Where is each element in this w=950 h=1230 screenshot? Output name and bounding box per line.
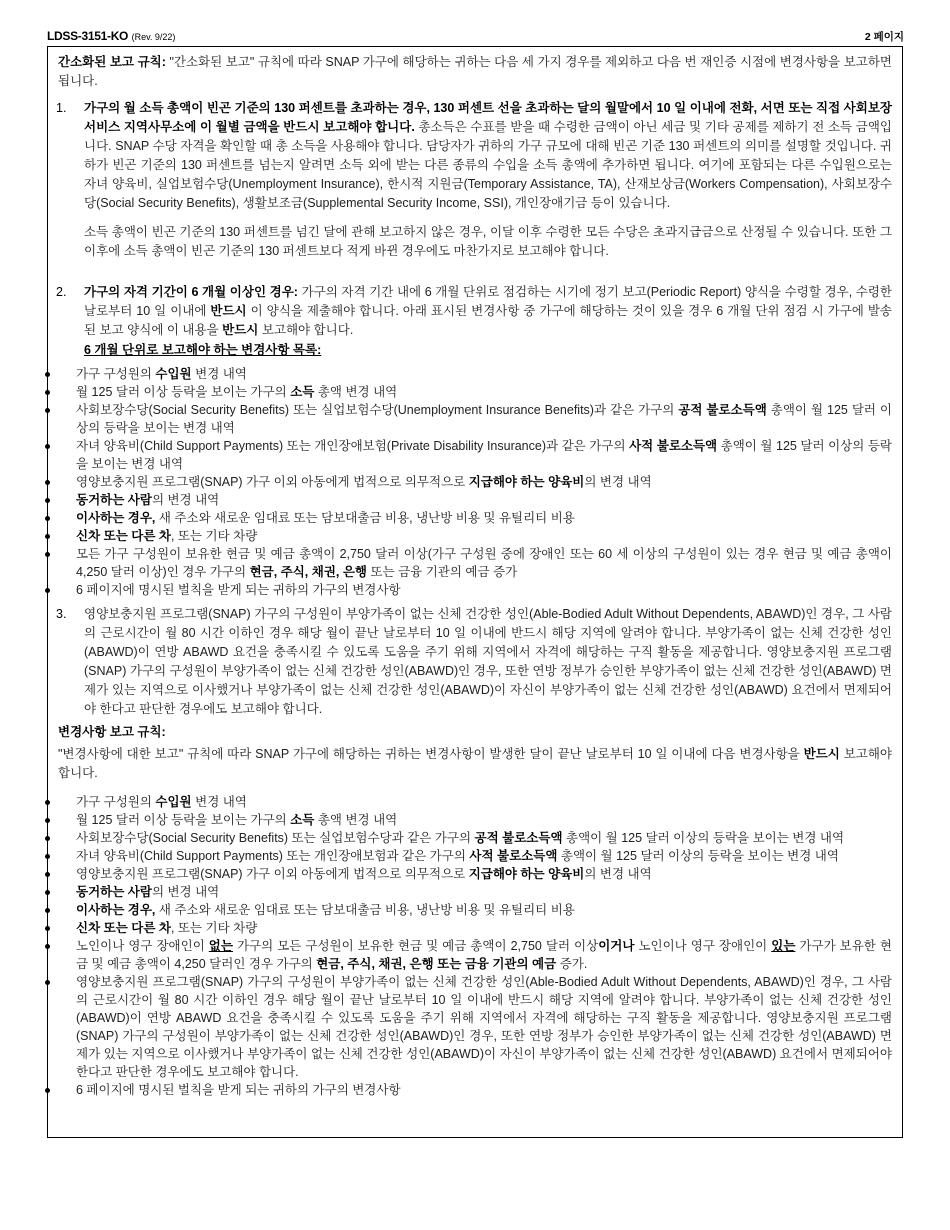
page-header: LDSS-3151-KO (Rev. 9/22) 2 페이지 xyxy=(47,29,904,45)
six-month-list-title: 6 개월 단위로 보고해야 하는 변경사항 목록: xyxy=(84,341,321,360)
list-item: 6 페이지에 명시된 벌칙을 받게 되는 귀하의 가구의 변경사항 xyxy=(45,581,892,599)
list-item: 모든 가구 구성원이 보유한 현금 및 예금 총액이 2,750 달러 이상(가… xyxy=(45,545,892,581)
six-month-change-list: 가구 구성원의 수입원 변경 내역 월 125 달러 이상 등락을 보이는 가구… xyxy=(45,365,892,599)
simplified-intro: 간소화된 보고 규칙: "간소화된 보고" 규칙에 따라 SNAP 가구에 해당… xyxy=(58,53,892,91)
list-item: 영양보충지원 프로그램(SNAP) 가구 이외 아동에게 법적으로 의무적으로 … xyxy=(45,865,892,883)
item-number: 3. xyxy=(56,605,66,624)
list-item: 자녀 양육비(Child Support Payments) 또는 개인장애보험… xyxy=(45,437,892,473)
list-item-assets: 노인이나 영구 장애인이 없는 가구의 모든 구성원이 보유한 현금 및 예금 … xyxy=(45,937,892,973)
form-id: LDSS-3151-KO xyxy=(47,29,128,43)
change-reporting-title: 변경사항 보고 규칙: xyxy=(58,723,166,742)
form-revision: (Rev. 9/22) xyxy=(132,32,176,42)
list-item: 동거하는 사람의 변경 내역 xyxy=(45,883,892,901)
item-text: 가구의 자격 기간이 6 개월 이상인 경우: 가구의 자격 기간 내에 6 개… xyxy=(84,283,892,340)
change-report-list: 가구 구성원의 수입원 변경 내역 월 125 달러 이상 등락을 보이는 가구… xyxy=(45,793,892,1099)
item-text: 영양보충지원 프로그램(SNAP) 가구의 구성원이 부양가족이 없는 신체 건… xyxy=(84,605,892,719)
list-item: 자녀 양육비(Child Support Payments) 또는 개인장애보험… xyxy=(45,847,892,865)
page-number: 2 페이지 xyxy=(865,29,904,44)
numbered-item-1: 1. 가구의 월 소득 총액이 빈곤 기준의 130 퍼센트를 초과하는 경우,… xyxy=(48,99,892,261)
list-item: 신차 또는 다른 차, 또는 기타 차량 xyxy=(45,527,892,545)
item-text: 가구의 월 소득 총액이 빈곤 기준의 130 퍼센트를 초과하는 경우, 13… xyxy=(84,99,892,213)
simplified-title: 간소화된 보고 규칙: xyxy=(58,55,166,69)
list-item: 이사하는 경우, 새 주소와 새로운 임대료 또는 담보대출금 비용, 냉난방 … xyxy=(45,901,892,919)
list-item: 사회보장수당(Social Security Benefits) 또는 실업보험… xyxy=(45,401,892,437)
list-item: 가구 구성원의 수입원 변경 내역 xyxy=(45,793,892,811)
list-item: 신차 또는 다른 차, 또는 기타 차량 xyxy=(45,919,892,937)
list-item: 사회보장수당(Social Security Benefits) 또는 실업보험… xyxy=(45,829,892,847)
list-item-penalty: 6 페이지에 명시된 벌칙을 받게 되는 귀하의 가구의 변경사항 xyxy=(45,1081,892,1099)
list-item-abawd: 영양보충지원 프로그램(SNAP) 가구의 구성원이 부양가족이 없는 신체 건… xyxy=(45,973,892,1081)
change-reporting-intro: "변경사항에 대한 보고" 규칙에 따라 SNAP 가구에 해당하는 귀하는 변… xyxy=(58,745,892,783)
item-followup: 소득 총액이 빈곤 기준의 130 퍼센트를 넘긴 달에 관해 보고하지 않은 … xyxy=(84,223,892,261)
document-body: 간소화된 보고 규칙: "간소화된 보고" 규칙에 따라 SNAP 가구에 해당… xyxy=(47,46,903,1138)
numbered-item-2: 2. 가구의 자격 기간이 6 개월 이상인 경우: 가구의 자격 기간 내에 … xyxy=(48,283,892,340)
list-item: 월 125 달러 이상 등락을 보이는 가구의 소득 총액 변경 내역 xyxy=(45,383,892,401)
list-item: 동거하는 사람의 변경 내역 xyxy=(45,491,892,509)
list-item: 이사하는 경우, 새 주소와 새로운 임대료 또는 담보대출금 비용, 냉난방 … xyxy=(45,509,892,527)
item-number: 1. xyxy=(56,99,66,118)
list-item: 영양보충지원 프로그램(SNAP) 가구 이외 아동에게 법적으로 의무적으로 … xyxy=(45,473,892,491)
list-item: 가구 구성원의 수입원 변경 내역 xyxy=(45,365,892,383)
numbered-item-3: 3. 영양보충지원 프로그램(SNAP) 가구의 구성원이 부양가족이 없는 신… xyxy=(48,605,892,719)
list-item: 월 125 달러 이상 등락을 보이는 가구의 소득 총액 변경 내역 xyxy=(45,811,892,829)
item-number: 2. xyxy=(56,283,66,302)
